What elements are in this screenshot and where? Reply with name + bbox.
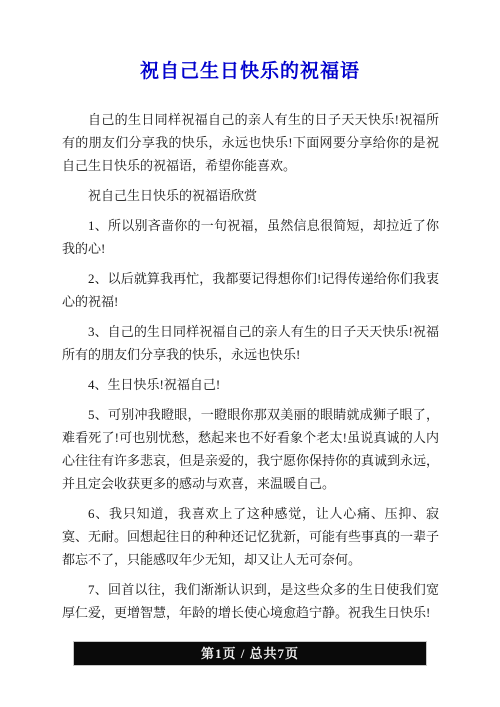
paragraph: 2、以后就算我再忙，我都要记得想你们!记得传递给你们我衷心的祝福!	[62, 267, 439, 313]
paragraph: 1、所以别吝啬你的一句祝福，虽然信息很简短，却拉近了你我的心!	[62, 214, 439, 260]
page-footer-bar: 第1页 / 总共7页	[73, 641, 427, 666]
paragraph: 5、可别冲我瞪眼，一瞪眼你那双美丽的眼睛就成狮子眼了，难看死了!可也别忧愁，愁起…	[62, 403, 439, 495]
page-indicator: 第1页 / 总共7页	[201, 642, 299, 665]
page-title: 祝自己生日快乐的祝福语	[0, 56, 500, 83]
document-page: 祝自己生日快乐的祝福语 自己的生日同样祝福自己的亲人有生的日子天天快乐!祝福所有…	[0, 0, 500, 707]
paragraph: 3、自己的生日同样祝福自己的亲人有生的日子天天快乐!祝福所有的朋友们分享我的快乐…	[62, 320, 439, 366]
document-body: 自己的生日同样祝福自己的亲人有生的日子天天快乐!祝福所有的朋友们分享我的快乐，永…	[62, 108, 439, 631]
paragraph: 4、生日快乐!祝福自己!	[62, 373, 439, 396]
paragraph: 祝自己生日快乐的祝福语欣赏	[62, 184, 439, 207]
paragraph: 7、回首以往，我们渐渐认识到，是这些众多的生日使我们宽厚仁爱，更增智慧，年龄的增…	[62, 578, 439, 624]
paragraph: 自己的生日同样祝福自己的亲人有生的日子天天快乐!祝福所有的朋友们分享我的快乐，永…	[62, 108, 439, 177]
paragraph: 6、我只知道，我喜欢上了这种感觉，让人心痛、压抑、寂寞、无耐。回想起往日的种种还…	[62, 502, 439, 571]
